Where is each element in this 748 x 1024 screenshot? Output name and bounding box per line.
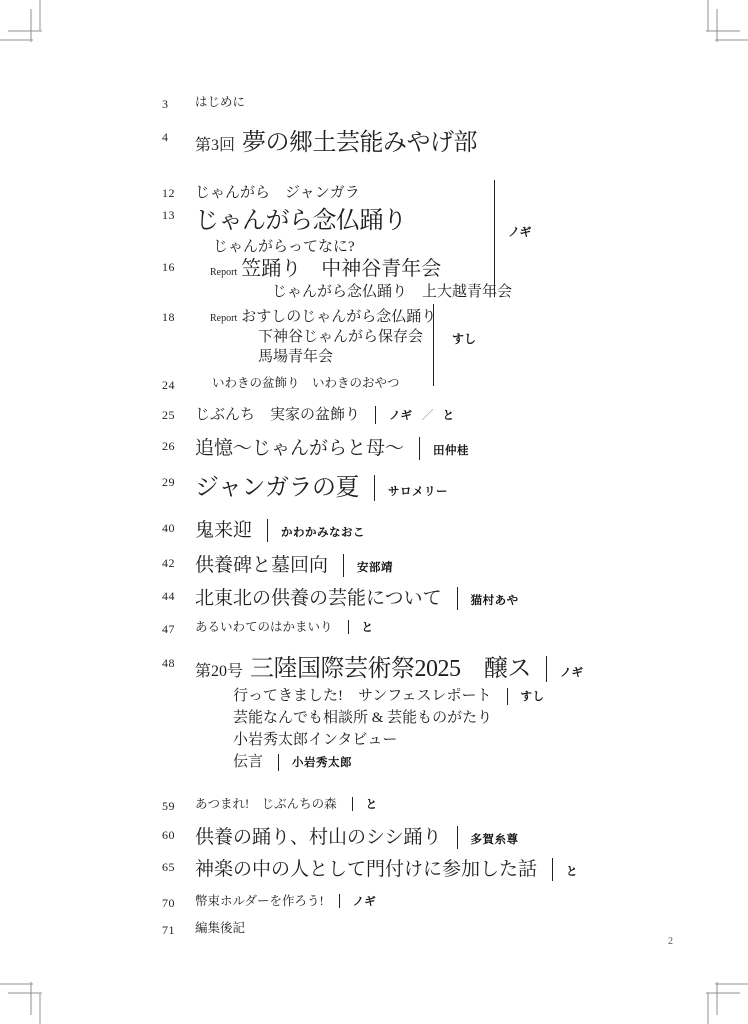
toc-page-number: 59	[162, 796, 195, 814]
toc-entry-author: と	[362, 619, 374, 635]
toc-entry-body: じゃんがら ジャンガラ	[195, 183, 722, 203]
toc-entry-author: サロメリー	[388, 483, 448, 499]
toc-entry-author: ノギ	[560, 664, 584, 680]
author-divider-rule	[419, 437, 420, 460]
toc-entry-main-line: 第20号三陸国際芸術祭2025 醸スノギ	[195, 653, 722, 685]
toc-page-number: 12	[162, 183, 195, 201]
toc-entry-author: と	[443, 407, 455, 423]
section-credit-rule	[433, 304, 434, 386]
toc-entry-subline: 小岩秀太郎インタビュー	[233, 729, 722, 751]
toc-entry-main-line: 北東北の供養の芸能について猫村あや	[195, 586, 722, 611]
toc-entry-title: 編集後記	[195, 920, 245, 936]
toc-row: 60供養の踊り、村山のシシ踊り多賀糸尊	[162, 825, 722, 850]
toc-entry-author: かわかみなおこ	[281, 524, 365, 540]
toc-entry-subtitle: じゃんがらってなに?	[213, 237, 355, 257]
toc-entry-author: 多賀糸尊	[471, 831, 519, 847]
toc-page-number: 3	[162, 94, 195, 112]
author-divider-rule	[457, 587, 458, 610]
section-credit-label: すし	[452, 330, 476, 347]
toc-entry-main-line: 幣束ホルダーを作ろう!ノギ	[195, 893, 722, 909]
toc-entry-title: 供養碑と墓回向	[195, 553, 328, 578]
toc-row: 18Reportおすしのじゃんがら念仏踊り下神谷じゃんがら保存会馬場青年会	[162, 307, 722, 367]
toc-entry-title: あるいわてのはかまいり	[195, 619, 333, 635]
toc-row: 4第3回夢の郷土芸能みやげ部	[162, 127, 722, 159]
toc-entry-body: 編集後記	[195, 920, 722, 936]
toc-entry-main-line: ジャンガラの夏サロメリー	[195, 472, 722, 504]
folio-page-number: 2	[668, 936, 673, 947]
toc-entry-title: いわきの盆飾り いわきのおやつ	[212, 375, 400, 391]
toc-row: 40鬼来迎かわかみなおこ	[162, 518, 722, 543]
toc-entry-subtitle: 小岩秀太郎インタビュー	[233, 729, 397, 751]
toc-row: 12じゃんがら ジャンガラ	[162, 183, 722, 203]
toc-entry-body: じぶんち 実家の盆飾りノギ／と	[195, 405, 722, 425]
toc-entry-prefix: 第3回	[195, 132, 235, 155]
toc-entry-prefix: Report	[210, 267, 237, 278]
toc-page-number: 24	[162, 375, 195, 393]
toc-entry-body: 追憶〜じゃんがらと母〜田仲桂	[195, 436, 722, 461]
toc-entry-body: 供養碑と墓回向安部靖	[195, 553, 722, 578]
toc-row: 29ジャンガラの夏サロメリー	[162, 472, 722, 504]
toc-row: 47あるいわてのはかまいりと	[162, 619, 722, 637]
toc-entry-subline: じゃんがら念仏踊り 上大越青年会	[272, 282, 722, 302]
toc-row: 42供養碑と墓回向安部靖	[162, 553, 722, 578]
toc-entry-main-line: いわきの盆飾り いわきのおやつ	[212, 375, 722, 391]
toc-entry-main-line: じぶんち 実家の盆飾りノギ／と	[195, 405, 722, 425]
toc-entry-body: 幣束ホルダーを作ろう!ノギ	[195, 893, 722, 909]
author-divider-rule	[339, 894, 340, 908]
toc-entry-main-line: Report笠踊り 中神谷青年会	[195, 257, 722, 282]
toc-entry-subline: 馬場青年会	[258, 347, 722, 367]
toc-entry-subtitle: 芸能なんでも相談所 & 芸能ものがたり	[233, 707, 492, 729]
toc-entry-main-line: あつまれ! じぶんちの森と	[195, 796, 722, 812]
toc-entry-body: Report笠踊り 中神谷青年会じゃんがら念仏踊り 上大越青年会	[195, 257, 722, 302]
toc-entry-main-line: Reportおすしのじゃんがら念仏踊り	[195, 307, 722, 327]
toc-page-number: 40	[162, 518, 195, 536]
toc-entry-subtitle: 下神谷じゃんがら保存会	[258, 327, 423, 347]
toc-entry-subtitle: 馬場青年会	[258, 347, 333, 367]
toc-row: 70幣束ホルダーを作ろう!ノギ	[162, 893, 722, 911]
toc-entry-main-line: 追憶〜じゃんがらと母〜田仲桂	[195, 436, 722, 461]
toc-entry-main-line: あるいわてのはかまいりと	[195, 619, 722, 635]
toc-entry-author: 小岩秀太郎	[292, 754, 352, 770]
author-divider-rule	[352, 797, 353, 811]
toc-entry-subtitle: 伝言	[233, 751, 263, 773]
toc-page-number: 18	[162, 307, 195, 325]
toc-entry-author: 安部靖	[357, 559, 393, 575]
toc-entry-title: はじめに	[195, 94, 245, 110]
author-divider-rule	[457, 826, 458, 849]
toc-entry-subline: 伝言小岩秀太郎	[233, 751, 722, 773]
toc-entry-author: ノギ	[353, 893, 377, 909]
toc-entry-body: 鬼来迎かわかみなおこ	[195, 518, 722, 543]
toc-entry-main-line: 供養の踊り、村山のシシ踊り多賀糸尊	[195, 825, 722, 850]
toc-entry-prefix: 第20号	[195, 658, 243, 681]
toc-entry-main-line: じゃんがら ジャンガラ	[195, 183, 722, 203]
toc-entry-title: 鬼来迎	[195, 518, 252, 543]
toc-entry-main-line: 第3回夢の郷土芸能みやげ部	[195, 127, 722, 159]
section-credit-rule	[494, 180, 495, 297]
toc-row: 3はじめに	[162, 94, 722, 112]
toc-entry-subline: 芸能なんでも相談所 & 芸能ものがたり	[233, 707, 722, 729]
section-credit-label: ノギ	[508, 223, 532, 240]
toc-entry-subline: 行ってきました! サンフェスレポートすし	[233, 685, 722, 707]
author-divider-rule	[267, 519, 268, 542]
toc-entry-body: 供養の踊り、村山のシシ踊り多賀糸尊	[195, 825, 722, 850]
toc-entry-body: じゃんがら念仏踊りじゃんがらってなに?	[195, 205, 722, 257]
author-divider-rule	[507, 688, 508, 705]
table-of-contents: 3はじめに4第3回夢の郷土芸能みやげ部12じゃんがら ジャンガラ13じゃんがら念…	[162, 94, 722, 938]
toc-entry-body: ジャンガラの夏サロメリー	[195, 472, 722, 504]
toc-row: 48第20号三陸国際芸術祭2025 醸スノギ行ってきました! サンフェスレポート…	[162, 653, 722, 773]
toc-page-number: 48	[162, 653, 195, 671]
toc-entry-subline: じゃんがらってなに?	[213, 237, 722, 257]
toc-page-number: 44	[162, 586, 195, 604]
toc-entry-body: 第20号三陸国際芸術祭2025 醸スノギ行ってきました! サンフェスレポートすし…	[195, 653, 722, 773]
toc-entry-main-line: 編集後記	[195, 920, 722, 936]
toc-entry-subtitle: じゃんがら念仏踊り 上大越青年会	[272, 282, 512, 302]
author-divider-rule	[375, 406, 376, 424]
toc-entry-subline: 下神谷じゃんがら保存会	[258, 327, 722, 347]
toc-entry-title: 幣束ホルダーを作ろう!	[195, 893, 324, 909]
toc-entry-title: じゃんがら ジャンガラ	[195, 183, 360, 203]
toc-entry-main-line: 鬼来迎かわかみなおこ	[195, 518, 722, 543]
toc-entry-author: すし	[521, 688, 545, 704]
author-divider-rule	[552, 858, 553, 881]
toc-row: 71編集後記	[162, 920, 722, 938]
toc-entry-body: 第3回夢の郷土芸能みやげ部	[195, 127, 722, 159]
toc-entry-author: 猫村あや	[471, 592, 519, 608]
toc-entry-title: 夢の郷土芸能みやげ部	[242, 127, 477, 159]
author-divider-rule	[278, 754, 279, 771]
toc-page-number: 26	[162, 436, 195, 454]
toc-entry-title: 三陸国際芸術祭2025 醸ス	[250, 653, 531, 685]
toc-entry-main-line: 供養碑と墓回向安部靖	[195, 553, 722, 578]
author-divider-rule	[343, 554, 344, 577]
toc-entry-author: 田仲桂	[433, 442, 469, 458]
toc-row: 44北東北の供養の芸能について猫村あや	[162, 586, 722, 611]
toc-row: 25じぶんち 実家の盆飾りノギ／と	[162, 405, 722, 425]
toc-entry-body: あつまれ! じぶんちの森と	[195, 796, 722, 812]
toc-page-number: 71	[162, 920, 195, 938]
toc-entry-author: と	[566, 863, 578, 879]
toc-page-number: 47	[162, 619, 195, 637]
author-divider-rule	[546, 656, 547, 682]
author-divider-rule	[348, 620, 349, 634]
toc-row: 59あつまれ! じぶんちの森と	[162, 796, 722, 814]
toc-entry-body: あるいわてのはかまいりと	[195, 619, 722, 635]
toc-page-number: 60	[162, 825, 195, 843]
toc-entry-title: じぶんち 実家の盆飾り	[195, 405, 360, 425]
author-separator: ／	[422, 406, 434, 423]
toc-entry-title: じゃんがら念仏踊り	[195, 205, 407, 237]
toc-entry-body: はじめに	[195, 94, 722, 110]
toc-entry-main-line: はじめに	[195, 94, 722, 110]
toc-entry-main-line: じゃんがら念仏踊り	[195, 205, 722, 237]
toc-entry-title: 追憶〜じゃんがらと母〜	[195, 436, 404, 461]
toc-entry-body: 北東北の供養の芸能について猫村あや	[195, 586, 722, 611]
toc-entry-title: おすしのじゃんがら念仏踊り	[241, 307, 436, 327]
toc-entry-body: 神楽の中の人として門付けに参加した話と	[195, 857, 722, 882]
toc-page-number: 65	[162, 857, 195, 875]
toc-page-number: 70	[162, 893, 195, 911]
toc-page-number: 4	[162, 127, 195, 145]
toc-entry-title: 供養の踊り、村山のシシ踊り	[195, 825, 442, 850]
toc-row: 24いわきの盆飾り いわきのおやつ	[162, 375, 722, 393]
toc-row: 26追憶〜じゃんがらと母〜田仲桂	[162, 436, 722, 461]
toc-page-number: 13	[162, 205, 195, 223]
toc-entry-title: 笠踊り 中神谷青年会	[241, 257, 441, 282]
toc-entry-body: いわきの盆飾り いわきのおやつ	[195, 375, 722, 391]
toc-page-number: 29	[162, 472, 195, 490]
toc-entry-main-line: 神楽の中の人として門付けに参加した話と	[195, 857, 722, 882]
toc-row: 16Report笠踊り 中神谷青年会じゃんがら念仏踊り 上大越青年会	[162, 257, 722, 302]
toc-page-number: 16	[162, 257, 195, 275]
toc-entry-author: ノギ	[389, 407, 413, 423]
toc-entry-title: 神楽の中の人として門付けに参加した話	[195, 857, 537, 882]
toc-entry-author: と	[366, 796, 378, 812]
toc-entry-title: あつまれ! じぶんちの森	[195, 796, 337, 812]
toc-entry-title: 北東北の供養の芸能について	[195, 586, 442, 611]
author-divider-rule	[374, 475, 375, 501]
toc-entry-title: ジャンガラの夏	[195, 472, 359, 504]
toc-page-number: 42	[162, 553, 195, 571]
toc-page-number: 25	[162, 405, 195, 423]
toc-entry-subtitle: 行ってきました! サンフェスレポート	[233, 685, 492, 707]
toc-row: 13じゃんがら念仏踊りじゃんがらってなに?	[162, 205, 722, 257]
toc-row: 65神楽の中の人として門付けに参加した話と	[162, 857, 722, 882]
toc-entry-prefix: Report	[210, 313, 237, 324]
